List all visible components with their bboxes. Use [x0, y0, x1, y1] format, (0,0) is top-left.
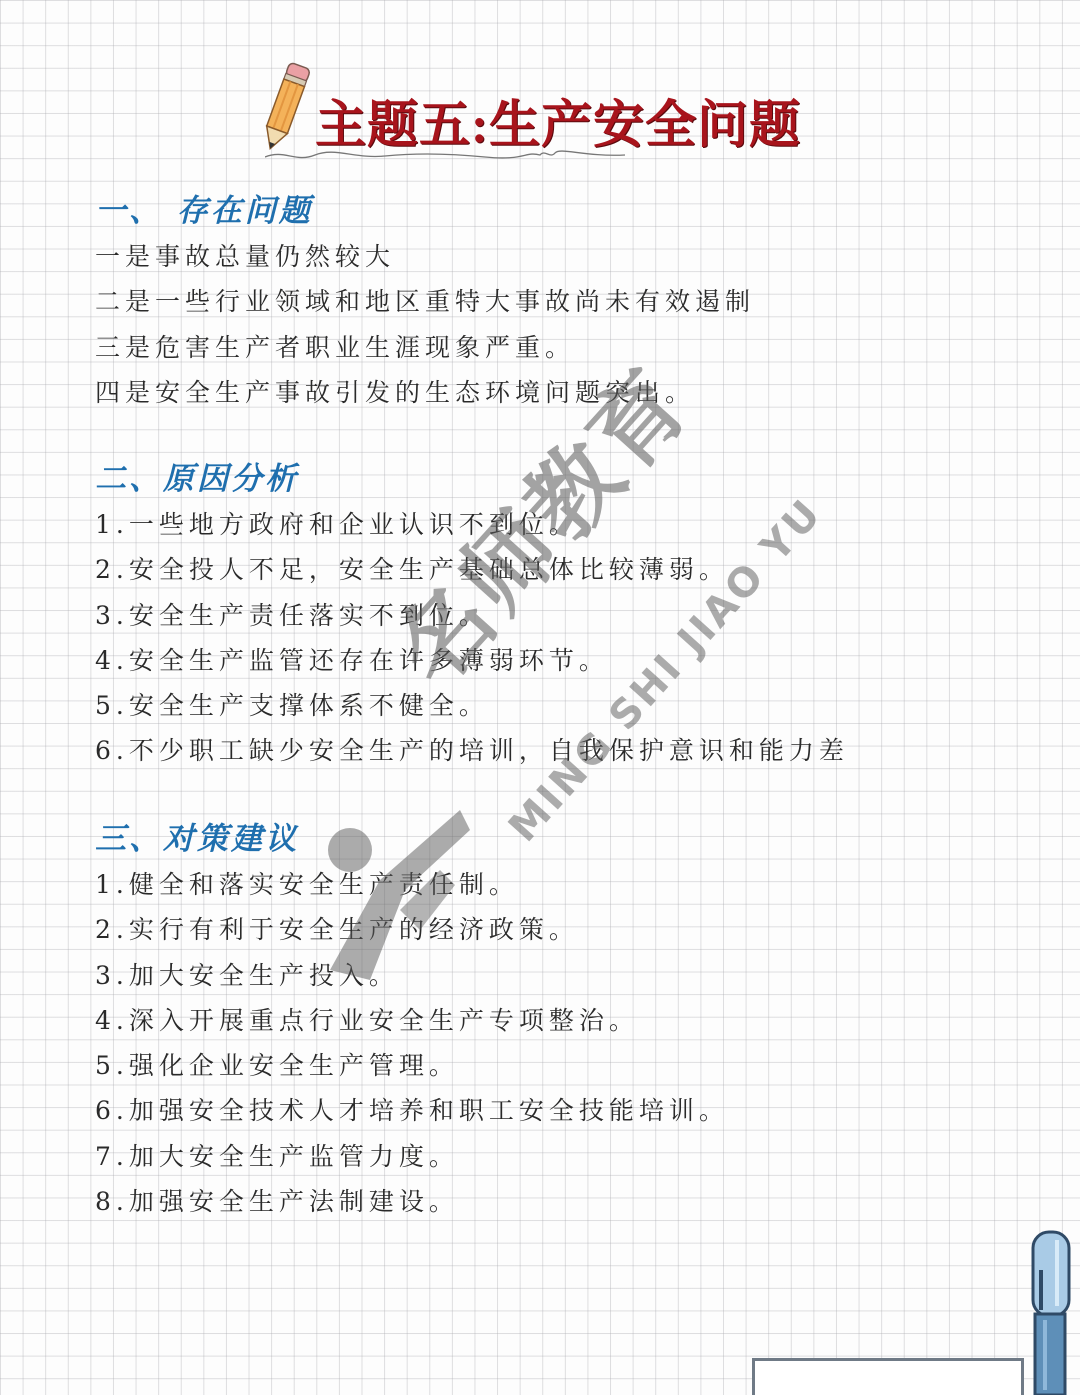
- section-suggestions: 三、对策建议 1.健全和落实安全生产责任制。 2.实行有利于安全生产的经济政策。…: [95, 816, 995, 1224]
- list-item: 4.安全生产监管还存在许多薄弱环节。: [95, 638, 995, 683]
- pen-icon: [1025, 1230, 1075, 1395]
- list-item: 6.不少职工缺少安全生产的培训，自我保护意识和能力差: [95, 728, 995, 773]
- list-item: 5.强化企业安全生产管理。: [95, 1043, 995, 1088]
- list-item: 一是事故总量仍然较大: [95, 234, 995, 279]
- list-item: 5.安全生产支撑体系不健全。: [95, 683, 995, 728]
- list-item: 7.加大安全生产监管力度。: [95, 1134, 995, 1179]
- list-item: 二是一些行业领域和地区重特大事故尚未有效遏制: [95, 279, 995, 324]
- squiggle-underline: [265, 145, 625, 165]
- list-item: 4.深入开展重点行业安全生产专项整治。: [95, 998, 995, 1043]
- section-problems: 一、 存在问题 一是事故总量仍然较大 二是一些行业领域和地区重特大事故尚未有效遏…: [95, 188, 995, 415]
- list-item: 8.加强安全生产法制建设。: [95, 1179, 995, 1224]
- note-box: [752, 1358, 1024, 1395]
- watermark-logo-icon: [310, 790, 470, 990]
- section-heading: 一、 存在问题: [95, 188, 995, 234]
- list-item: 三是危害生产者职业生涯现象严重。: [95, 325, 995, 370]
- title-block: 主题五:生产安全问题: [255, 55, 815, 165]
- pencil-icon: [255, 55, 315, 155]
- list-item: 6.加强安全技术人才培养和职工安全技能培训。: [95, 1088, 995, 1133]
- list-item: 3.加大安全生产投入。: [95, 953, 995, 998]
- list-item: 2.实行有利于安全生产的经济政策。: [95, 907, 995, 952]
- list-item: 四是安全生产事故引发的生态环境问题突出。: [95, 370, 995, 415]
- list-item: 1.健全和落实安全生产责任制。: [95, 862, 995, 907]
